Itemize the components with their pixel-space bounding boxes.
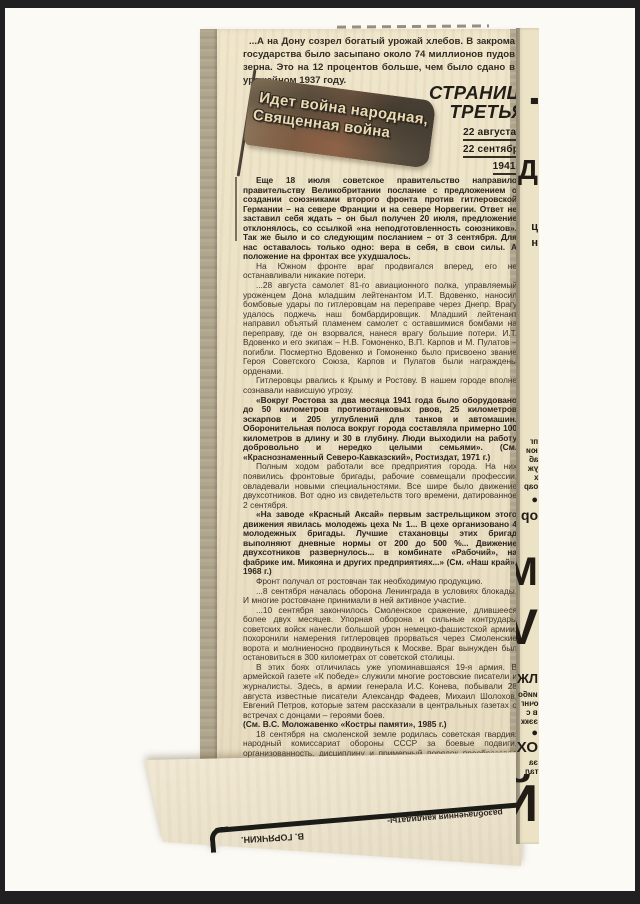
scanned-newspaper-page: ...А на Дону созрел богатый урожай хлебо… [0, 0, 640, 904]
column-rule [235, 177, 237, 241]
paragraph: ...28 августа самолет 81-го авиационного… [243, 281, 517, 376]
edge-fragment: юи [526, 447, 538, 455]
page-label-line2: ТРЕТЬЯ [429, 102, 525, 121]
paragraph: Еще 18 июля советское правительство напр… [243, 176, 517, 262]
edge-fragment: М [516, 552, 538, 592]
edge-fragment: ● [531, 495, 538, 506]
paragraph: «Вокруг Ростова за два месяца 1941 года … [243, 396, 517, 463]
edge-fragment: пг [530, 438, 538, 446]
torn-edge-left [200, 29, 217, 782]
edge-fragment: V [516, 602, 538, 652]
edge-fragment: ХО [517, 740, 538, 755]
paragraph: Гитлеровцы рвались к Крыму и Ростову. В … [243, 376, 517, 395]
page-label-line1: СТРАНИЦА [429, 83, 525, 102]
edge-fragment: уж [528, 465, 538, 473]
edge-fragment: аб [529, 456, 538, 464]
edge-fragment: очнг [521, 700, 539, 708]
paragraph: ...8 сентября началась оборона Ленинград… [243, 587, 517, 606]
edge-fragment: ▄ [531, 94, 538, 104]
cropped-text-fragment [337, 24, 489, 28]
date-range: 22 августа – 22 сентября 1941 г. [429, 127, 525, 178]
edge-fragment: ээкк [521, 718, 538, 726]
paragraph: На Южном фронте враг продвигался вперед,… [243, 262, 517, 281]
edge-fragment: эа [529, 759, 538, 767]
edge-fragment: иибо [518, 691, 538, 699]
lead-paragraph: ...А на Дону созрел богатый урожай хлебо… [243, 35, 515, 87]
fold-flap: разоблаченния кандидаты- В. ГОРЯЧКИН. [139, 746, 537, 868]
paragraph: В этих боях отличилась уже упоминавшаяся… [243, 663, 517, 720]
page-header: СТРАНИЦА ТРЕТЬЯ 22 августа – 22 сентября… [429, 83, 525, 178]
edge-fragment: х [534, 474, 538, 482]
paragraph: «На заводе «Красный Аксай» первым застре… [243, 510, 517, 577]
flag-slogan: Идет война народная, Священная война [256, 89, 435, 148]
edge-fragment: Й [516, 778, 538, 830]
edge-fragment: оар [524, 483, 538, 491]
article-column: Еще 18 июля советское правительство напр… [243, 176, 517, 780]
edge-fragment: в с [526, 709, 538, 717]
edge-fragment: Д [518, 156, 538, 184]
edge-fragment: ЖЛ [517, 672, 538, 685]
edge-fragment: ор [521, 508, 538, 522]
edge-fragment: ● [531, 728, 538, 739]
newsprint-sliver: ▄ Д ц н пг юи аб уж х оар ● ор [516, 28, 539, 844]
edge-fragment: ц [531, 222, 538, 233]
paragraph: Полным ходом работали все предприятия го… [243, 462, 517, 510]
paragraph: ...10 сентября закончилось Смоленское ср… [243, 606, 517, 663]
edge-fragment: н [531, 238, 538, 249]
